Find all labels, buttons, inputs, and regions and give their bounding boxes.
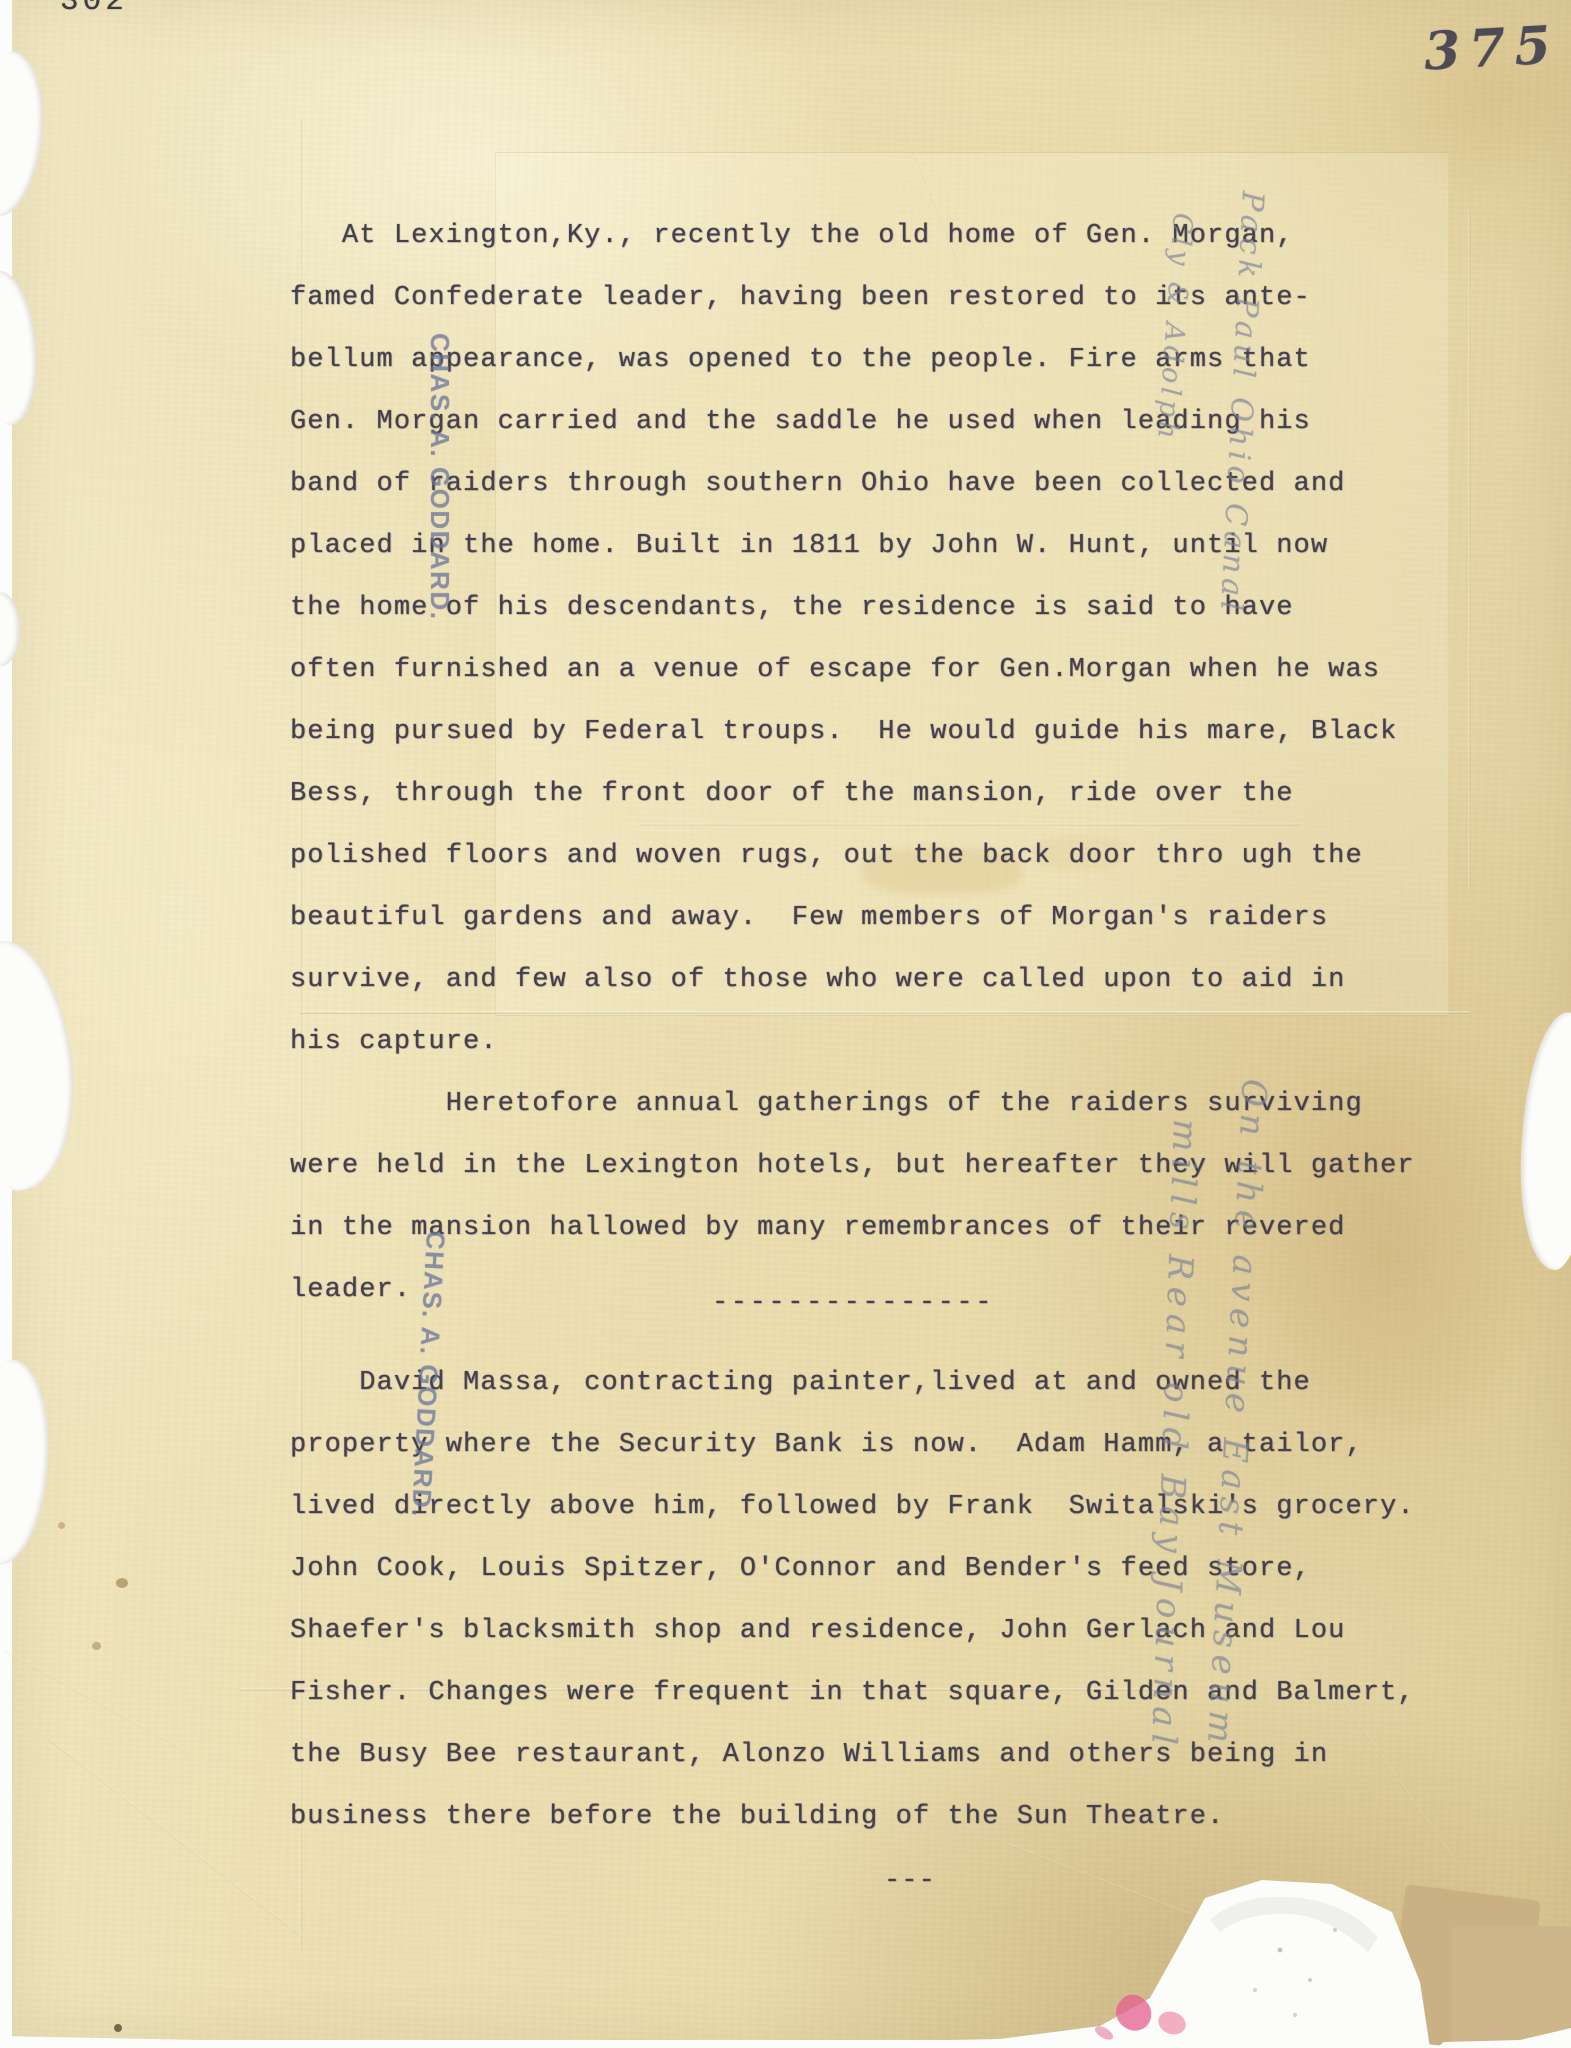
brown-spot — [92, 1642, 101, 1650]
torn-bottom-edge — [0, 1860, 1571, 2048]
typed-line: survive, and few also of those who were … — [290, 949, 1397, 1011]
typed-line: often furnished an a venue of escape for… — [290, 639, 1397, 701]
typed-line: his capture. — [290, 1011, 1397, 1073]
typed-line: Bess, through the front door of the mans… — [290, 763, 1397, 825]
typed-line: business there before the building of th… — [290, 1786, 1415, 1848]
scanned-scrapbook-page: At Lexington,Ky., recently the old home … — [0, 0, 1571, 2048]
typed-line: the Busy Bee restaurant, Alonzo Williams… — [290, 1724, 1415, 1786]
brown-spot — [58, 1522, 65, 1529]
typed-line: beautiful gardens and away. Few members … — [290, 887, 1397, 949]
typed-line: polished floors and woven rugs, out the … — [290, 825, 1397, 887]
brown-spot — [116, 1578, 128, 1588]
page-number-handwritten: 375 — [1422, 14, 1561, 82]
typed-dashed-separator: --------------- — [712, 1272, 994, 1334]
typed-line: Fisher. Changes were frequent in that sq… — [290, 1662, 1415, 1724]
owner-name-stamp: CHAS. A. GODDARD. — [424, 333, 455, 620]
crease-line — [1468, 210, 1471, 890]
typed-line: being pursued by Federal troups. He woul… — [290, 701, 1397, 763]
page-number-printed: 302 — [60, 0, 128, 19]
